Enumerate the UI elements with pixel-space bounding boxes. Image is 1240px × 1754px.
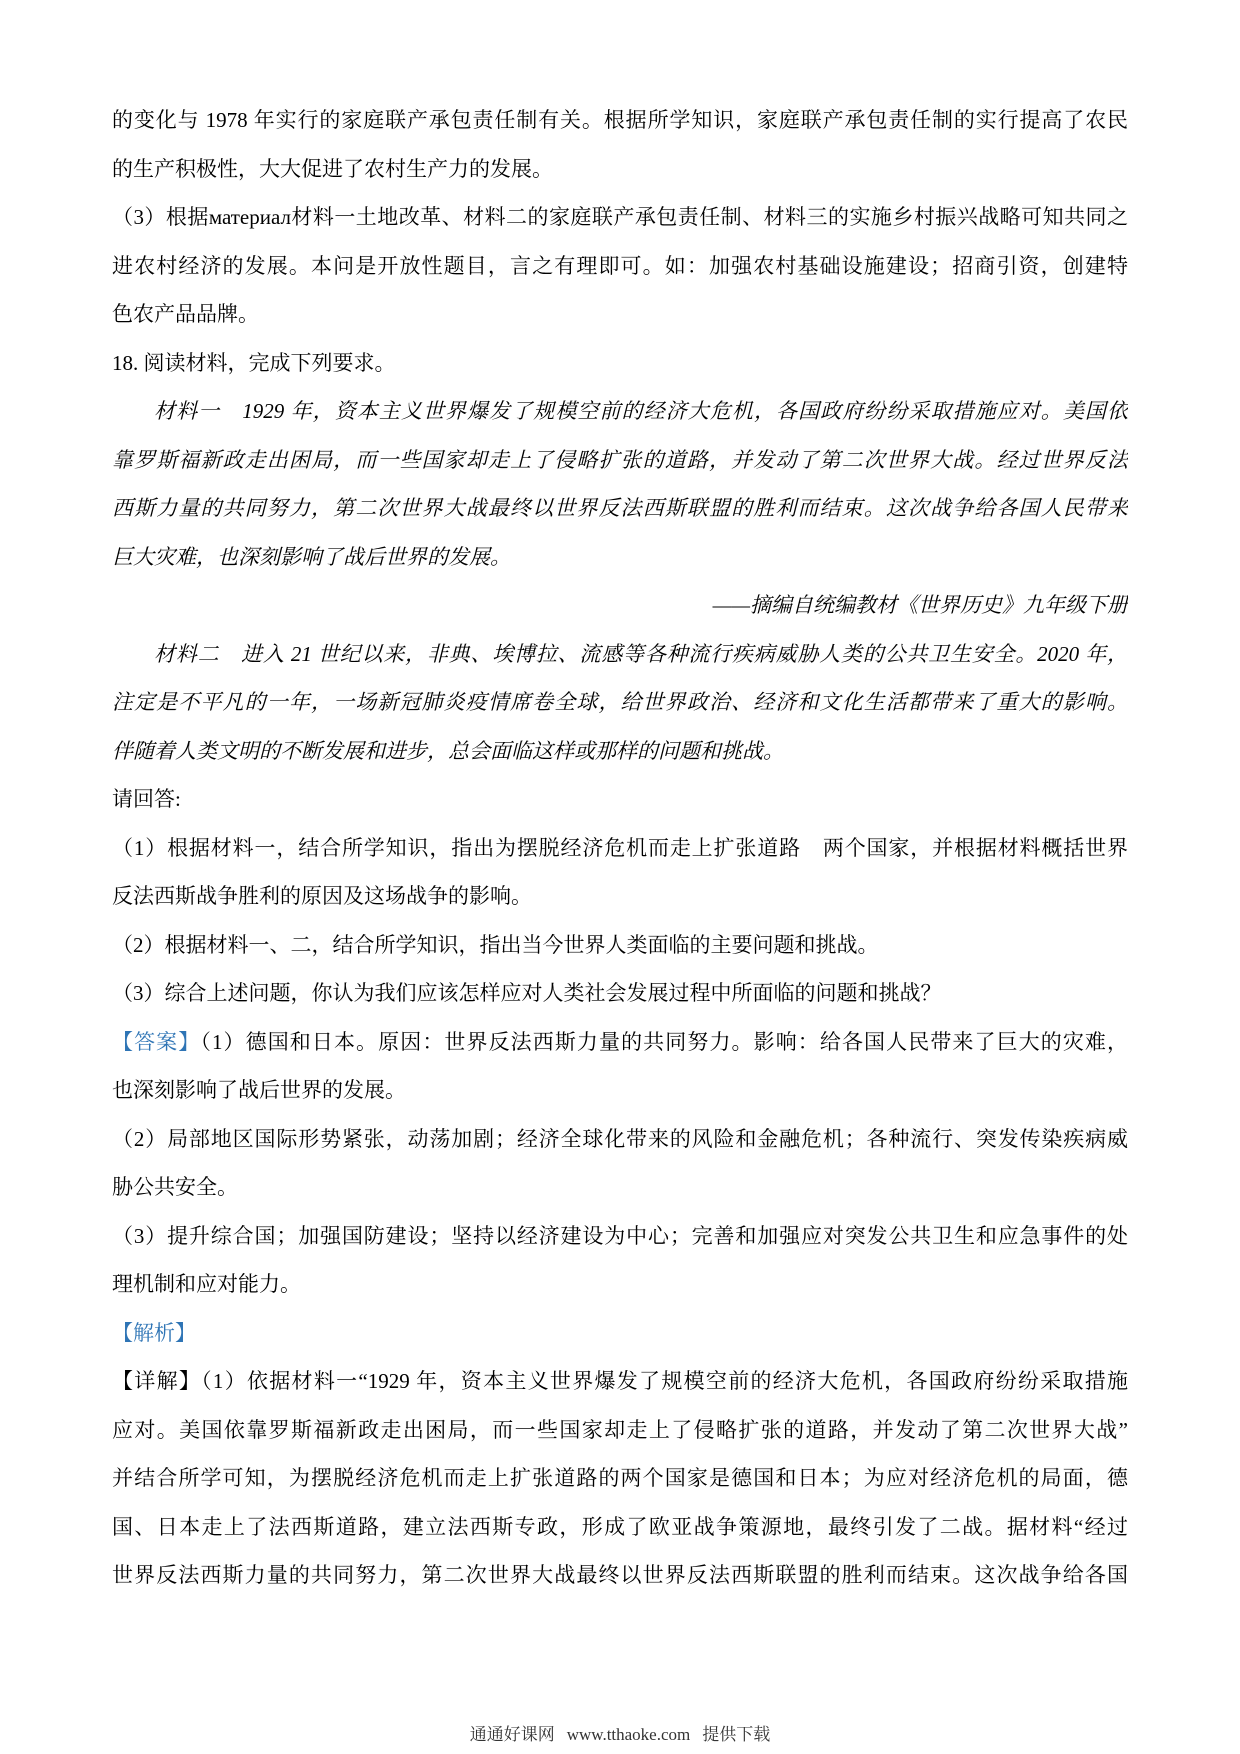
- answer-3-line: （3）提升综合国；加强国防建设；坚持以经济建设为中心；完善和加强应对突发公共卫生…: [112, 1212, 1128, 1261]
- material-2-line: 材料二 进入 21 世纪以来，非典、埃博拉、流感等各种流行疾病威胁人类的公共卫生…: [112, 630, 1128, 679]
- download-note: 提供下载: [702, 1720, 770, 1745]
- please-answer-label: 请回答:: [112, 775, 1128, 824]
- material-2-line: 伴随着人类文明的不断发展和进步，总会面临这样或那样的问题和挑战。: [112, 727, 1128, 776]
- material-2-line: 注定是不平凡的一年，一场新冠肺炎疫情席卷全球，给世界政治、经济和文化生活都带来了…: [112, 678, 1128, 727]
- material-1-line: 靠罗斯福新政走出困局，而一些国家却走上了侵略扩张的道路，并发动了第二次世界大战。…: [112, 436, 1128, 485]
- analysis-line: 【解析】: [112, 1309, 1128, 1358]
- explanation-line: 应对。美国依靠罗斯福新政走出困局，而一些国家却走上了侵略扩张的道路，并发动了第二…: [112, 1406, 1128, 1455]
- sub-question-1: （1）根据材料一，结合所学知识，指出为摆脱经济危机而走上扩张道路 两个国家，并根…: [112, 824, 1128, 873]
- explanation-line: 【详解】（1）依据材料一“1929 年，资本主义世界爆发了规模空前的经济大危机，…: [112, 1357, 1128, 1406]
- explanation-line: 国、日本走上了法西斯道路，建立法西斯专政，形成了欧亚战争策源地，最终引发了二战。…: [112, 1503, 1128, 1552]
- answer-3-line: 理机制和应对能力。: [112, 1260, 1128, 1309]
- sub-question-3: （3）综合上述问题，你认为我们应该怎样应对人类社会发展过程中所面临的问题和挑战？: [112, 969, 1128, 1018]
- analysis-label: 【解析】: [112, 1321, 196, 1345]
- question-18-heading: 18. 阅读材料，完成下列要求。: [112, 339, 1128, 388]
- sub-question-1: 反法西斯战争胜利的原因及这场战争的影响。: [112, 872, 1128, 921]
- continuation-answer-line: 的生产积极性，大大促进了农村生产力的发展。: [112, 145, 1128, 194]
- material-1-source: ——摘编自统编教材《世界历史》九年级下册: [112, 581, 1128, 630]
- explanation-line: 世界反法西斯力量的共同努力，第二次世界大战最终以世界反法西斯联盟的胜利而结束。这…: [112, 1551, 1128, 1600]
- explanation-line: 并结合所学可知，为摆脱经济危机而走上扩张道路的两个国家是德国和日本；为应对经济危…: [112, 1454, 1128, 1503]
- answer-line: 【答案】（1）德国和日本。原因：世界反法西斯力量的共同努力。影响：给各国人民带来…: [112, 1018, 1128, 1067]
- site-name: 通通好课网: [470, 1720, 555, 1745]
- material-1-line: 巨大灾难，也深刻影响了战后世界的发展。: [112, 533, 1128, 582]
- prev-answer-3-line: （3）根据материал材料一土地改革、材料二的家庭联产承包责任制、材料三的实…: [112, 193, 1128, 242]
- continuation-answer-line: 的变化与 1978 年实行的家庭联产承包责任制有关。根据所学知识，家庭联产承包责…: [112, 96, 1128, 145]
- answer-2-line: 胁公共安全。: [112, 1163, 1128, 1212]
- answer-2-line: （2）局部地区国际形势紧张，动荡加剧；经济全球化带来的风险和金融危机；各种流行、…: [112, 1115, 1128, 1164]
- answer-label: 【答案】: [112, 1030, 200, 1054]
- sub-question-2: （2）根据材料一、二，结合所学知识，指出当今世界人类面临的主要问题和挑战。: [112, 921, 1128, 970]
- prev-answer-3-line: 色农产品品牌。: [112, 290, 1128, 339]
- prev-answer-3-line: 进农村经济的发展。本问是开放性题目，言之有理即可。如：加强农村基础设施建设；招商…: [112, 242, 1128, 291]
- material-1-line: 西斯力量的共同努力，第二次世界大战最终以世界反法西斯联盟的胜利而结束。这次战争给…: [112, 484, 1128, 533]
- answer-1-line: 也深刻影响了战后世界的发展。: [112, 1066, 1128, 1115]
- document-page: 的变化与 1978 年实行的家庭联产承包责任制有关。根据所学知识，家庭联产承包责…: [112, 96, 1128, 1600]
- answer-1-text: （1）德国和日本。原因：世界反法西斯力量的共同努力。影响：给各国人民带来了巨大的…: [200, 1030, 1128, 1054]
- material-1-line: 材料一 1929 年，资本主义世界爆发了规模空前的经济大危机，各国政府纷纷采取措…: [112, 387, 1128, 436]
- site-url: www.tthaoke.com: [567, 1725, 691, 1745]
- page-footer: 通通好课网www.tthaoke.com提供下载: [0, 1720, 1240, 1745]
